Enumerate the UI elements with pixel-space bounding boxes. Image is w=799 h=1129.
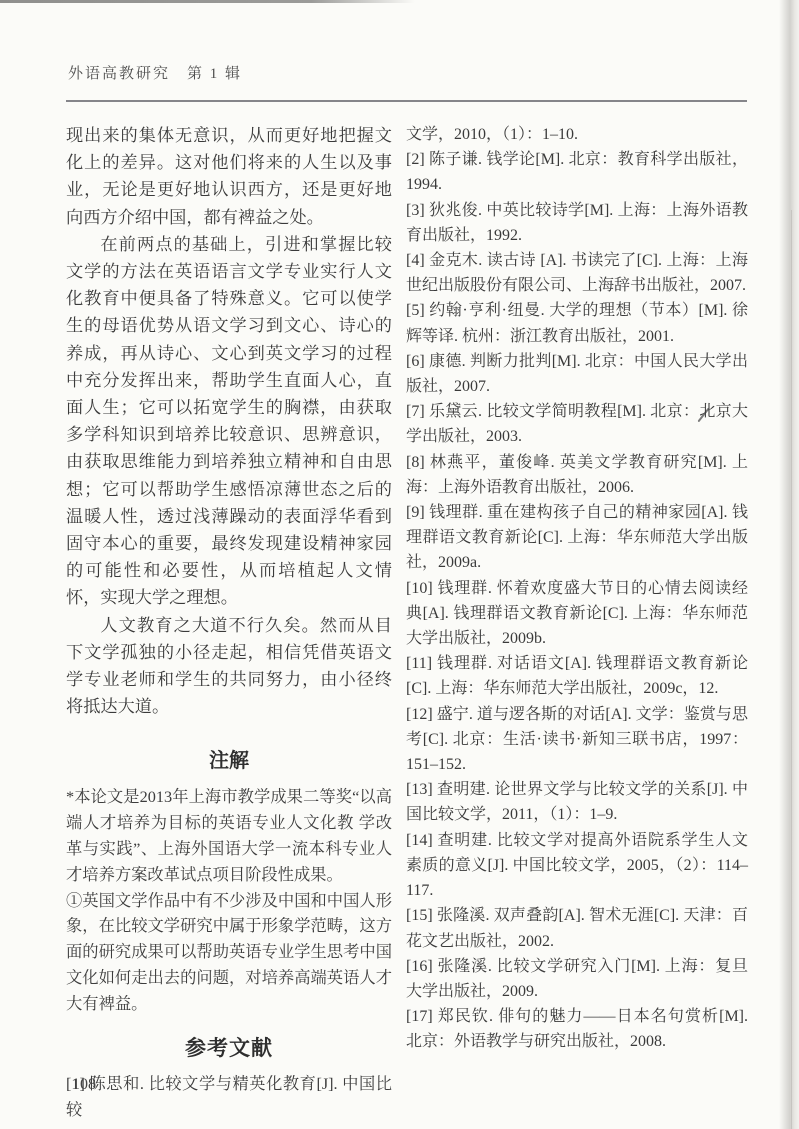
reference-item: [14] 查明建. 比较文学对提高外语院系学生人文素质的意义[J]. 中国比较文…	[406, 828, 748, 904]
reference-item: [16] 张隆溪. 比较文学研究入门[M]. 上海：复旦大学出版社，2009.	[406, 954, 748, 1004]
running-header: 外语高教研究 第 1 辑	[68, 62, 242, 83]
notes-section-title: 注解	[66, 744, 392, 773]
reference-item: [7] 乐黛云. 比较文学简明教程[M]. 北京：北京大学出版社，2003.	[406, 399, 748, 449]
notes-block: *本论文是2013年上海市教学成果二等奖“以高端人才培养为目标的英语专业人文化教…	[66, 784, 392, 1016]
scan-edge-right	[779, 0, 799, 1129]
scanned-page: { "page": { "header": "外语高教研究 第 1 辑", "p…	[0, 0, 799, 1129]
body-paragraph: 现出来的集体无意识，从而更好地把握文化上的差异。这对他们将来的人生以及事业，无论…	[66, 122, 392, 231]
reference-item: [9] 钱理群. 重在建构孩子自己的精神家园[A]. 钱理群语文教育新论[C].…	[406, 500, 748, 576]
reference-item: [10] 钱理群. 怀着欢度盛大节日的心情去阅读经典[A]. 钱理群语文教育新论…	[406, 576, 748, 652]
body-paragraph: 在前两点的基础上，引进和掌握比较文学的方法在英语语言文学专业实行人文化教育中便具…	[66, 231, 392, 612]
note-item: ①英国文学作品中有不少涉及中国和中国人形象，在比较文学研究中属于形象学范畴，这方…	[66, 888, 392, 1017]
right-column: 文学，2010，（1）：1–10. [2] 陈子谦. 钱学论[M]. 北京：教育…	[406, 122, 748, 1055]
header-rule	[66, 100, 747, 102]
note-item: *本论文是2013年上海市教学成果二等奖“以高端人才培养为目标的英语专业人文化教…	[66, 784, 392, 887]
references-section-title: 参考文献	[66, 1032, 392, 1062]
reference-item: [8] 林燕平，董俊峰. 英美文学教育研究[M]. 上海：上海外语教育出版社，2…	[406, 450, 748, 500]
reference-item: [11] 钱理群. 对话语文[A]. 钱理群语文教育新论[C]. 上海：华东师范…	[406, 651, 748, 701]
reference-item: [17] 郑民钦. 俳句的魅力——日本名句赏析[M]. 北京：外语教学与研究出版…	[406, 1004, 748, 1054]
left-column: 现出来的集体无意识，从而更好地把握文化上的差异。这对他们将来的人生以及事业，无论…	[66, 122, 392, 1123]
page-number: 108	[72, 1076, 96, 1094]
reference-item: [13] 查明建. 论世界文学与比较文学的关系[J]. 中国比较文学，2011，…	[406, 777, 748, 827]
reference-item: [6] 康德. 判断力批判[M]. 北京：中国人民大学出版社，2007.	[406, 349, 748, 399]
scan-edge-top	[0, 0, 415, 3]
reference-item: [1] 陈思和. 比较文学与精英化教育[J]. 中国比较	[66, 1071, 392, 1123]
reference-item: [12] 盛宁. 道与逻各斯的对话[A]. 文学：鉴赏与思考[C]. 北京：生活…	[406, 702, 748, 778]
scan-paper-edge-line	[791, 210, 792, 1129]
reference-item: [3] 狄兆俊. 中英比较诗学[M]. 上海：上海外语教育出版社，1992.	[406, 198, 748, 248]
reference-item: [2] 陈子谦. 钱学论[M]. 北京：教育科学出版社，1994.	[406, 147, 748, 197]
reference-continuation: 文学，2010，（1）：1–10.	[406, 122, 748, 147]
reference-item: [15] 张隆溪. 双声叠韵[A]. 智术无涯[C]. 天津：百花文艺出版社，2…	[406, 903, 748, 953]
body-paragraph: 人文教育之大道不行久矣。然而从目下文学孤独的小径走起，相信凭借英语文学专业老师和…	[66, 612, 392, 721]
reference-item: [4] 金克木. 读古诗 [A]. 书读完了[C]. 上海：上海世纪出版股份有限…	[406, 248, 748, 298]
reference-item: [5] 约翰·亨利·纽曼. 大学的理想（节本）[M]. 徐辉等译. 杭州：浙江教…	[406, 298, 748, 348]
